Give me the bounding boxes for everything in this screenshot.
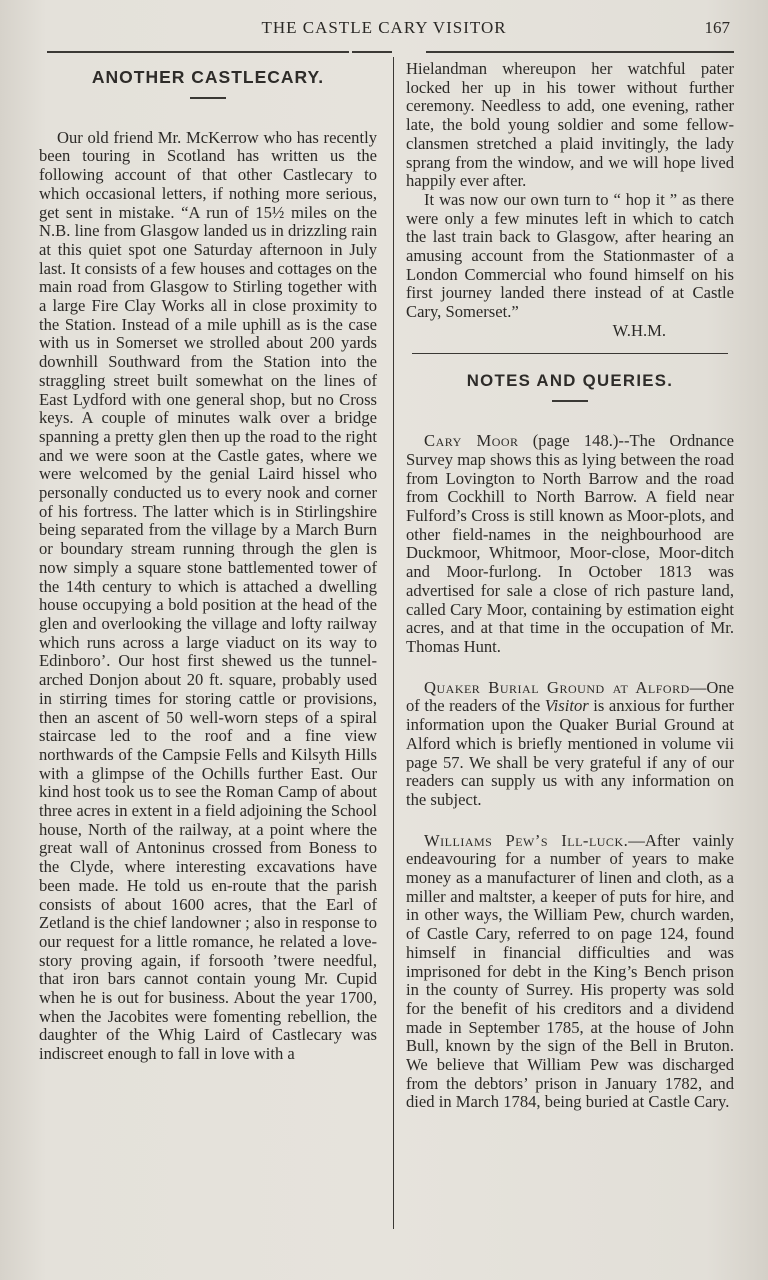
note-body: —After vainly endeavouring for a number … — [406, 831, 734, 1112]
article-paragraph: Hielandman whereupon her watchful pater … — [406, 60, 734, 191]
note-title: Quaker Burial Ground at Alford — [424, 678, 690, 697]
left-column: ANOTHER CASTLECARY. Our old friend Mr. M… — [39, 60, 377, 1064]
running-head: THE CASTLE CARY VISITOR 167 — [0, 18, 768, 44]
header-rule — [352, 51, 392, 53]
notes-heading: NOTES AND QUERIES. — [406, 372, 734, 391]
header-rule — [426, 51, 734, 53]
section-rule — [412, 353, 728, 354]
column-divider — [393, 57, 394, 1229]
header-rule — [47, 51, 349, 53]
note-title: Williams Pew’s Ill-luck. — [424, 831, 628, 850]
page-number: 167 — [705, 18, 731, 38]
article-heading: ANOTHER CASTLECARY. — [39, 68, 377, 87]
scanned-page: THE CASTLE CARY VISITOR 167 ANOTHER CAST… — [0, 0, 768, 1280]
heading-rule — [190, 97, 226, 99]
note-italic: Visitor — [545, 696, 589, 715]
note-title: Cary Moor — [424, 431, 519, 450]
article-paragraph: Our old friend Mr. McKerrow who has rece… — [39, 129, 377, 1064]
right-column: Hielandman whereupon her watchful pater … — [406, 60, 734, 1112]
publication-title: THE CASTLE CARY VISITOR — [0, 18, 768, 38]
note-item: Cary Moor (page 148.)--The Ordnance Surv… — [406, 432, 734, 656]
note-item: Williams Pew’s Ill-luck.—After vainly en… — [406, 832, 734, 1113]
note-item: Quaker Burial Ground at Alford—One of th… — [406, 679, 734, 810]
article-paragraph: It was now our own turn to “ hop it ” as… — [406, 191, 734, 322]
heading-rule — [552, 400, 588, 402]
note-body: (page 148.)--The Ordnance Survey map sho… — [406, 431, 734, 656]
article-signature: W.H.M. — [406, 322, 734, 341]
